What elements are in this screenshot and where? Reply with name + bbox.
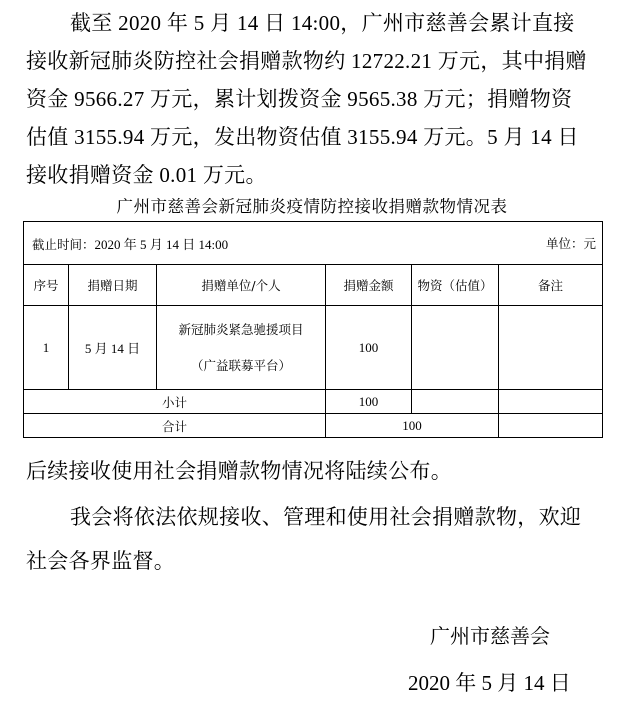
header-date: 捐赠日期 — [69, 265, 157, 306]
total-amount: 100 — [326, 414, 499, 438]
closing-line-1: 后续接收使用社会捐赠款物情况将陆续公布。 — [26, 452, 586, 490]
total-row: 合计 100 — [24, 414, 603, 438]
cutoff-time: 截止时间：2020 年 5 月 14 日 14:00 — [32, 234, 228, 253]
intro-line-1: 截至 2020 年 5 月 14 日 14:00，广州市慈善会累计直接 — [26, 4, 586, 42]
unit-label: 单位：元 — [546, 234, 596, 252]
subtotal-label: 小计 — [24, 390, 326, 414]
table-title: 广州市慈善会新冠肺炎疫情防控接收捐赠款物情况表 — [0, 195, 624, 219]
table-row: 1 5 月 14 日 新冠肺炎紧急驰援项目 （广益联募平台） 100 — [24, 306, 603, 390]
table-header-row: 序号 捐赠日期 捐赠单位/个人 捐赠金额 物资（估值） 备注 — [24, 265, 603, 306]
closing-line-3: 社会各界监督。 — [26, 542, 586, 580]
cell-index: 1 — [24, 306, 69, 390]
cell-remarks — [499, 306, 603, 390]
intro-paragraph: 截至 2020 年 5 月 14 日 14:00，广州市慈善会累计直接 接收新冠… — [26, 4, 586, 194]
intro-line-5: 接收捐赠资金 0.01 万元。 — [26, 156, 586, 194]
signature-organization: 广州市慈善会 — [430, 623, 550, 651]
subtotal-amount: 100 — [326, 390, 412, 414]
intro-line-3: 资金 9566.27 万元，累计划拨资金 9565.38 万元；捐赠物资 — [26, 80, 586, 118]
subtotal-goods-value — [412, 390, 499, 414]
cutoff-value: 2020 年 5 月 14 日 14:00 — [95, 237, 229, 252]
cell-donor: 新冠肺炎紧急驰援项目 （广益联募平台） — [157, 306, 326, 390]
subtotal-row: 小计 100 — [24, 390, 603, 414]
header-goods-value: 物资（估值） — [412, 265, 499, 306]
header-amount: 捐赠金额 — [326, 265, 412, 306]
donor-name: 新冠肺炎紧急驰援项目 — [157, 320, 325, 340]
header-donor: 捐赠单位/个人 — [157, 265, 326, 306]
header-remarks: 备注 — [499, 265, 603, 306]
header-index: 序号 — [24, 265, 69, 306]
cell-goods-value — [412, 306, 499, 390]
subtotal-remarks — [499, 390, 603, 414]
closing-paragraph: 后续接收使用社会捐赠款物情况将陆续公布。 — [26, 452, 586, 490]
cell-date: 5 月 14 日 — [69, 306, 157, 390]
closing-paragraph-2: 我会将依法依规接收、管理和使用社会捐赠款物，欢迎 社会各界监督。 — [26, 498, 586, 580]
total-remarks — [499, 414, 603, 438]
donations-table: 截止时间：2020 年 5 月 14 日 14:00 单位：元 序号 捐赠日期 … — [23, 221, 603, 438]
closing-line-2: 我会将依法依规接收、管理和使用社会捐赠款物，欢迎 — [26, 498, 586, 536]
donor-platform: （广益联募平台） — [157, 356, 325, 376]
intro-line-4: 估值 3155.94 万元，发出物资估值 3155.94 万元。5 月 14 日 — [26, 118, 586, 156]
cutoff-label: 截止时间： — [32, 237, 95, 252]
intro-line-2: 接收新冠肺炎防控社会捐赠款物约 12722.21 万元，其中捐赠 — [26, 42, 586, 80]
table-meta-row: 截止时间：2020 年 5 月 14 日 14:00 单位：元 — [24, 222, 603, 265]
signature-date: 2020 年 5 月 14 日 — [408, 669, 571, 697]
total-label: 合计 — [24, 414, 326, 438]
cell-amount: 100 — [326, 306, 412, 390]
